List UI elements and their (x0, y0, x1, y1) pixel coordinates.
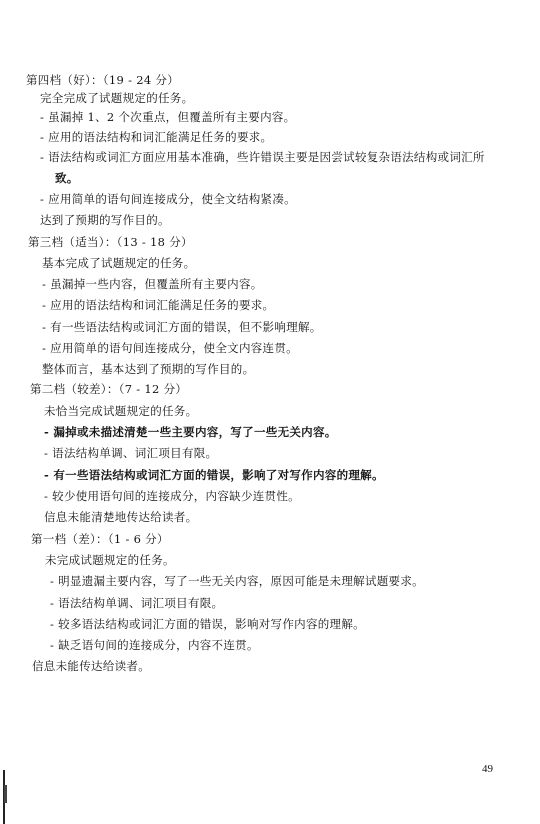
rubric-line: 信息未能传达给读者。 (32, 659, 150, 673)
rubric-line: - 有一些语法结构或词汇方面的错误，但不影响理解。 (42, 320, 322, 334)
rubric-line: - 缺乏语句间的连接成分，内容不连贯。 (50, 638, 259, 652)
scan-binding-shadow (4, 785, 7, 803)
rubric-line: - 应用的语法结构和词汇能满足任务的要求。 (40, 130, 272, 144)
rubric-line: - 应用简单的语句间连接成分，使全文内容连贯。 (42, 341, 298, 355)
rubric-line: - 较多语法结构或词汇方面的错误，影响对写作内容的理解。 (50, 617, 365, 631)
page-number: 49 (482, 763, 493, 775)
rubric-line: - 语法结构单调、词汇项目有限。 (44, 446, 217, 460)
section-heading-4: 第四档（好）：（19 - 24 分） (26, 73, 179, 87)
rubric-line: 未恰当完成试题规定的任务。 (44, 404, 197, 418)
rubric-line: - 虽漏掉一些内容，但覆盖所有主要内容。 (42, 277, 263, 291)
section-heading-3: 第三档（适当）：（13 - 18 分） (28, 235, 193, 249)
rubric-line: - 较少使用语句间的连接成分，内容缺少连贯性。 (44, 489, 300, 503)
rubric-line: - 虽漏掉 1、2 个次重点，但覆盖所有主要内容。 (40, 110, 295, 124)
rubric-line: - 明显遗漏主要内容，写了一些无关内容，原因可能是未理解试题要求。 (50, 574, 424, 588)
rubric-line: - 语法结构单调、词汇项目有限。 (50, 596, 223, 610)
rubric-line: 信息未能清楚地传达给读者。 (44, 510, 197, 524)
rubric-line: - 有一些语法结构或词汇方面的错误，影响了对写作内容的理解。 (44, 468, 384, 482)
section-heading-1: 第一档（差）：（1 - 6 分） (31, 532, 169, 546)
rubric-line: - 应用的语法结构和词汇能满足任务的要求。 (42, 298, 274, 312)
rubric-line: 基本完成了试题规定的任务。 (42, 256, 195, 270)
document-page: 第四档（好）：（19 - 24 分） 完全完成了试题规定的任务。 - 虽漏掉 1… (0, 0, 540, 824)
rubric-line: 达到了预期的写作目的。 (40, 213, 170, 227)
rubric-line-continuation: 致。 (55, 171, 79, 185)
section-heading-2: 第二档（较差）：（7 - 12 分） (30, 382, 187, 396)
rubric-line: - 漏掉或未描述清楚一些主要内容，写了一些无关内容。 (44, 425, 337, 439)
rubric-line: - 语法结构或词汇方面应用基本准确，些许错误主要是因尝试较复杂语法结构或词汇所 (40, 150, 485, 164)
rubric-line: 未完成试题规定的任务。 (45, 553, 175, 567)
rubric-line: 完全完成了试题规定的任务。 (40, 91, 193, 105)
rubric-line: 整体而言，基本达到了预期的写作目的。 (42, 362, 254, 376)
rubric-line: - 应用简单的语句间连接成分，使全文结构紧凑。 (40, 192, 296, 206)
